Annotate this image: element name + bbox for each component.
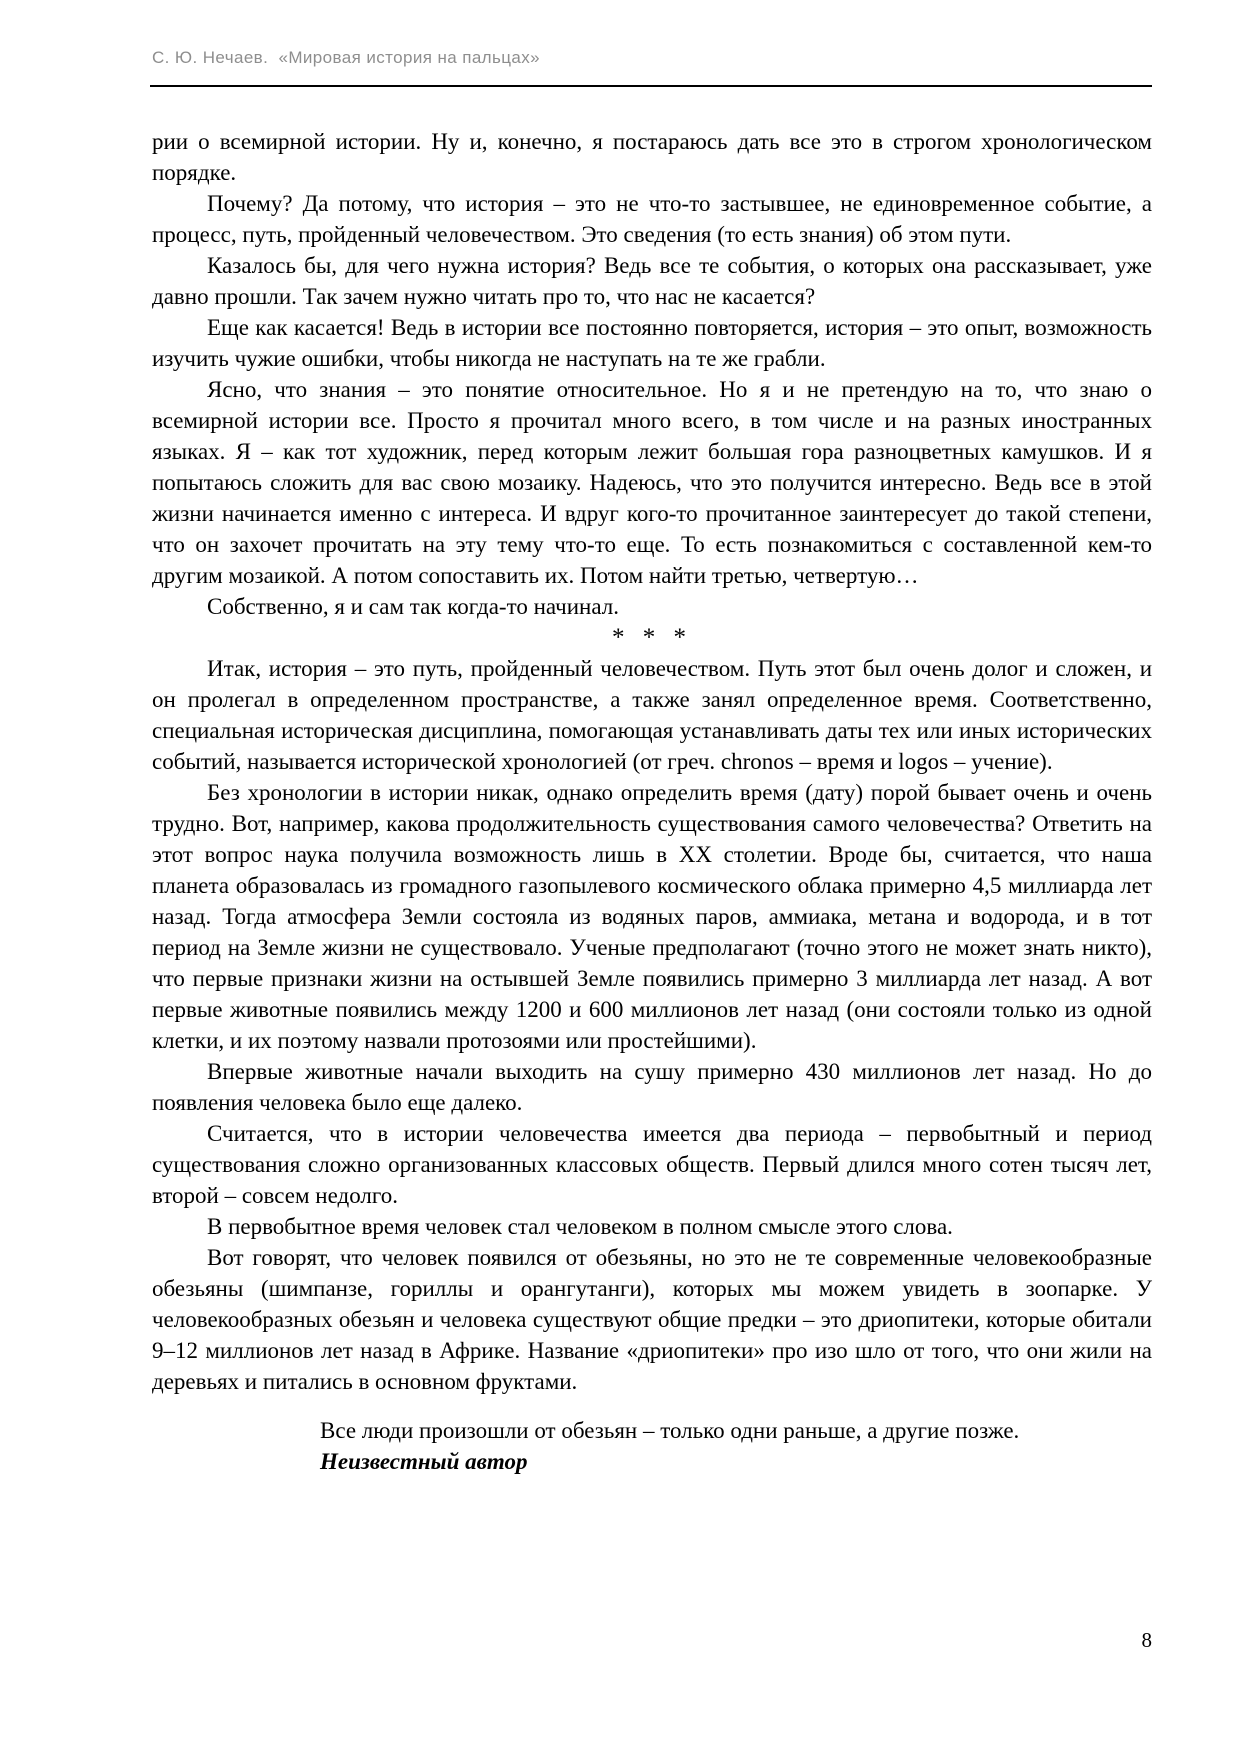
header-rule — [150, 85, 1152, 87]
page-body: рии о всемирной истории. Ну и, конечно, … — [152, 126, 1152, 1477]
paragraph: Собственно, я и сам так когда-то начинал… — [152, 591, 1152, 622]
paragraph: Еще как касается! Ведь в истории все пос… — [152, 312, 1152, 374]
paragraph: В первобытное время человек стал человек… — [152, 1211, 1152, 1242]
paragraph: Считается, что в истории человечества им… — [152, 1118, 1152, 1211]
paragraph: Ясно, что знания – это понятие относител… — [152, 374, 1152, 591]
paragraph: Без хронологии в истории никак, однако о… — [152, 777, 1152, 1056]
paragraph: Казалось бы, для чего нужна история? Вед… — [152, 250, 1152, 312]
paragraph: рии о всемирной истории. Ну и, конечно, … — [152, 126, 1152, 188]
paragraph: Почему? Да потому, что история – это не … — [152, 188, 1152, 250]
epigraph-quote: Все люди произошли от обезьян – только о… — [265, 1415, 1152, 1446]
paragraph: Впервые животные начали выходить на сушу… — [152, 1056, 1152, 1118]
epigraph-author: Неизвестный автор — [265, 1446, 1152, 1477]
paragraph: Итак, история – это путь, пройденный чел… — [152, 653, 1152, 777]
book-page: { "colors": { "background": "#ffffff", "… — [0, 0, 1240, 1754]
page-number: 8 — [152, 1628, 1152, 1653]
paragraph: Вот говорят, что человек появился от обе… — [152, 1242, 1152, 1397]
epigraph: Все люди произошли от обезьян – только о… — [265, 1415, 1152, 1477]
section-separator: * * * — [152, 622, 1152, 653]
running-header: С. Ю. Нечаев. «Мировая история на пальца… — [152, 48, 540, 68]
